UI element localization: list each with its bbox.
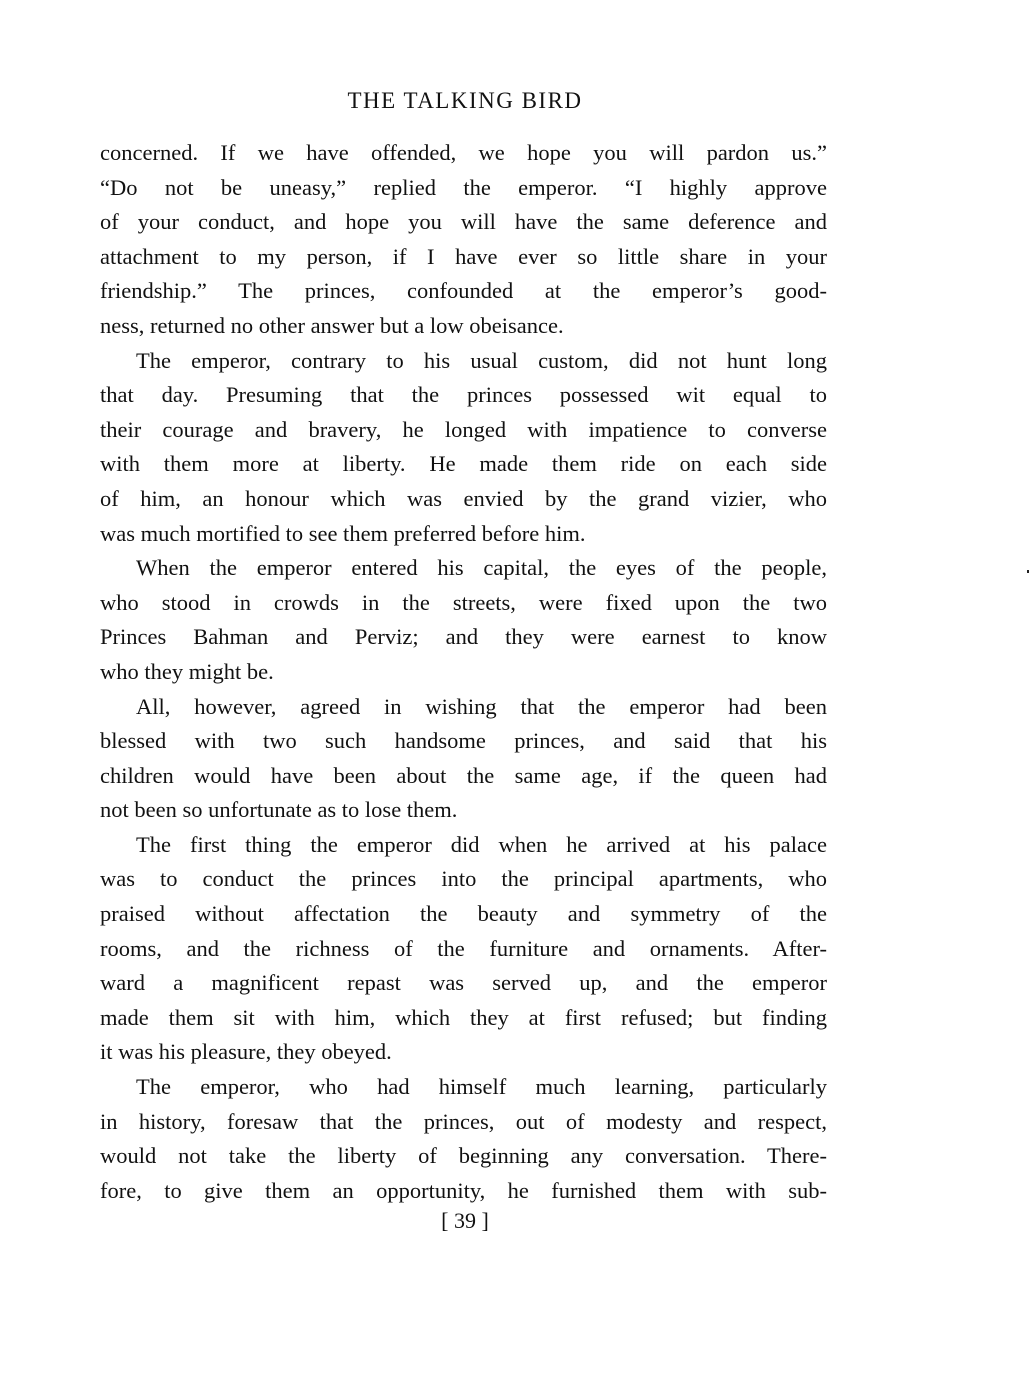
text-line: that day. Presuming that the princes pos… [100,378,827,413]
text-line: children would have been about the same … [100,759,827,794]
text-line: in history, foresaw that the princes, ou… [100,1105,827,1140]
text-line: who they might be. [100,655,827,690]
text-line: it was his pleasure, they obeyed. [100,1035,827,1070]
book-page: THE TALKING BIRD concerned. If we have o… [0,0,1034,1376]
text-line: who stood in crowds in the streets, were… [100,586,827,621]
text-line: The first thing the emperor did when he … [100,828,827,863]
text-line: was to conduct the princes into the prin… [100,862,827,897]
text-line: attachment to my person, if I have ever … [100,240,827,275]
text-line: concerned. If we have offended, we hope … [100,136,827,171]
text-line: fore, to give them an opportunity, he fu… [100,1174,827,1209]
running-head: THE TALKING BIRD [0,88,930,114]
text-line: with them more at liberty. He made them … [100,447,827,482]
scan-speck [1027,570,1029,573]
body-text: concerned. If we have offended, we hope … [100,136,827,1208]
text-line: made them sit with him, which they at fi… [100,1001,827,1036]
text-line: ness, returned no other answer but a low… [100,309,827,344]
text-line: blessed with two such handsome princes, … [100,724,827,759]
text-line: was much mortified to see them preferred… [100,517,827,552]
text-line: “Do not be uneasy,” replied the emperor.… [100,171,827,206]
text-line: All, however, agreed in wishing that the… [100,690,827,725]
text-line: The emperor, contrary to his usual custo… [100,344,827,379]
text-line: friendship.” The princes, confounded at … [100,274,827,309]
text-line: praised without affectation the beauty a… [100,897,827,932]
text-line: When the emperor entered his capital, th… [100,551,827,586]
text-line: Princes Bahman and Perviz; and they were… [100,620,827,655]
text-line: rooms, and the richness of the furniture… [100,932,827,967]
text-line: their courage and bravery, he longed wit… [100,413,827,448]
text-line: not been so unfortunate as to lose them. [100,793,827,828]
text-line: ward a magnificent repast was served up,… [100,966,827,1001]
page-number: [ 39 ] [0,1208,930,1234]
text-line: would not take the liberty of beginning … [100,1139,827,1174]
text-line: of him, an honour which was envied by th… [100,482,827,517]
text-line: of your conduct, and hope you will have … [100,205,827,240]
text-line: The emperor, who had himself much learni… [100,1070,827,1105]
